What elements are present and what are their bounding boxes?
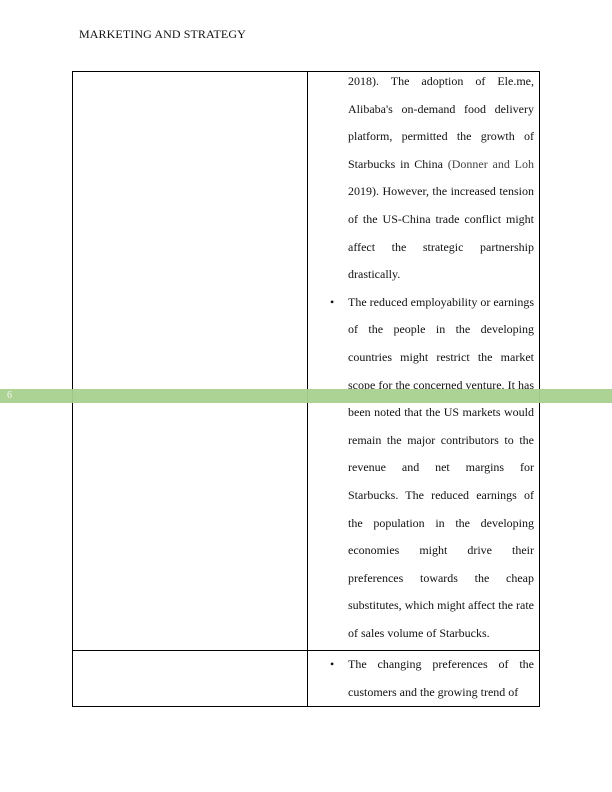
list-item-text: The changing preferences of the customer…	[348, 657, 534, 699]
table-cell-right: 2018). The adoption of Ele.me, Alibaba's…	[308, 72, 540, 651]
list-item-text: The reduced employability or earnings of…	[348, 295, 534, 640]
paragraph-text: 2019). However, the increased tension of…	[348, 184, 534, 281]
continued-paragraph: 2018). The adoption of Ele.me, Alibaba's…	[348, 68, 534, 289]
bullet-list: • The changing preferences of the custom…	[348, 651, 534, 706]
page-number: 6	[7, 389, 12, 403]
table-cell-left	[73, 651, 308, 707]
bullet-icon: •	[330, 651, 334, 679]
page-break-bar	[0, 389, 612, 403]
table-row: 2018). The adoption of Ele.me, Alibaba's…	[73, 72, 540, 651]
bullet-icon: •	[330, 289, 334, 317]
table-row: • The changing preferences of the custom…	[73, 651, 540, 707]
bullet-list: • The reduced employability or earnings …	[348, 289, 534, 648]
table-cell-right: • The changing preferences of the custom…	[308, 651, 540, 707]
table-cell-left	[73, 72, 308, 651]
list-item: • The changing preferences of the custom…	[348, 651, 534, 706]
citation: (Donner and Loh	[448, 157, 534, 171]
list-item: • The reduced employability or earnings …	[348, 289, 534, 648]
running-header: MARKETING AND STRATEGY	[79, 27, 246, 42]
